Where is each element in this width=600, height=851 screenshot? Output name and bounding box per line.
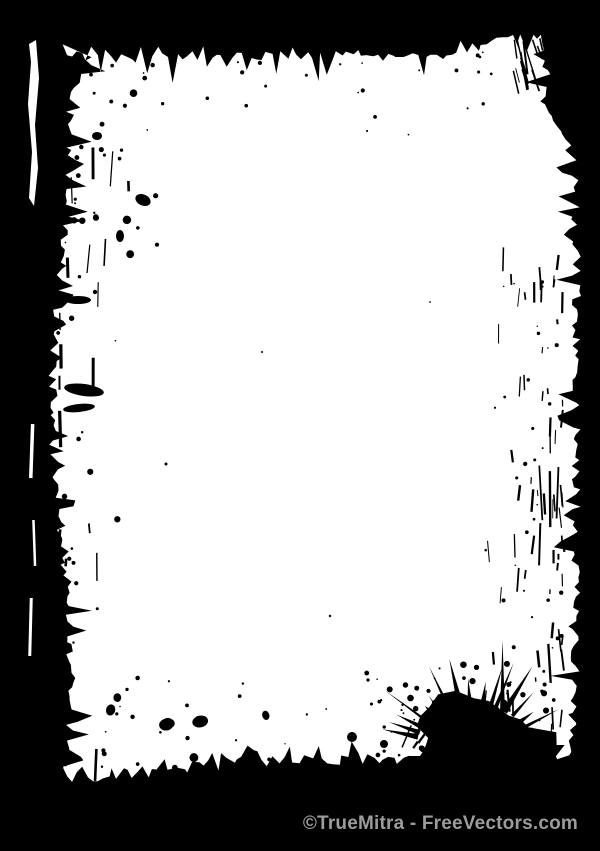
paper-area [28, 35, 581, 782]
grunge-frame-graphic [0, 0, 600, 851]
watermark-text: ©TrueMitra - FreeVectors.com [303, 813, 578, 835]
grunge-frame-image: ©TrueMitra - FreeVectors.com [0, 0, 600, 851]
